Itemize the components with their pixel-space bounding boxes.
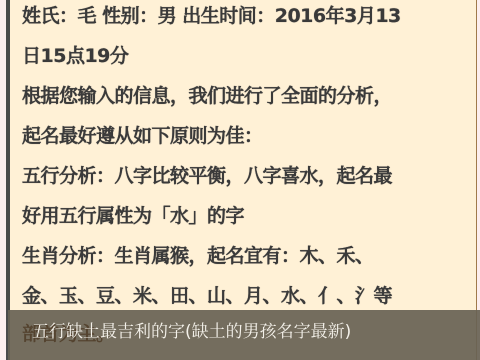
article-line-birth-time: 日15点19分 — [22, 36, 462, 76]
article-line-wuxing-water: 好用五行属性为「水」的字 — [22, 196, 462, 236]
article-text: 姓氏：毛 性别：男 出生时间：2016年3月13 日15点19分 根据您输入的信… — [22, 0, 462, 316]
screenshot-page: 姓氏：毛 性别：男 出生时间：2016年3月13 日15点19分 根据您输入的信… — [0, 0, 480, 360]
caption-bar[interactable]: 部首为主。 五行缺土最吉利的字(缺土的男孩名字最新) — [8, 310, 480, 360]
article-line-analysis-intro: 根据您输入的信息，我们进行了全面的分析， — [22, 76, 462, 116]
article-line-principle: 起名最好遵从如下原则为佳： — [22, 116, 462, 156]
article-line-wuxing-analysis: 五行分析：八字比较平衡，八字喜水，起名最 — [22, 156, 462, 196]
caption-title[interactable]: 五行缺土最吉利的字(缺土的男孩名字最新) — [32, 321, 351, 343]
article-line-zodiac-analysis: 生肖分析：生肖属猴，起名宜有：木、禾、 — [22, 236, 462, 276]
article-line-birth-info: 姓氏：毛 性别：男 出生时间：2016年3月13 — [22, 0, 462, 36]
article-card: 姓氏：毛 性别：男 出生时间：2016年3月13 日15点19分 根据您输入的信… — [10, 0, 477, 360]
